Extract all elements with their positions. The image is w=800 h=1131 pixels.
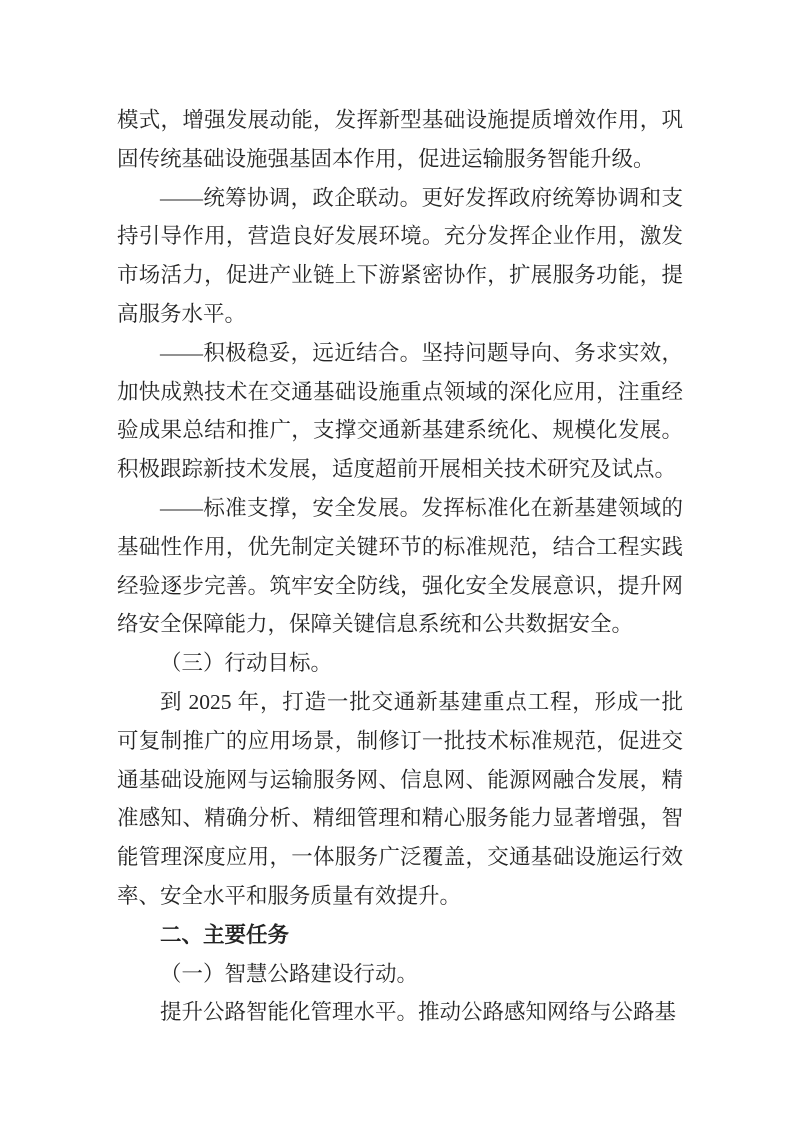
- sub-heading-smart-highway: （一）智慧公路建设行动。: [117, 955, 683, 994]
- paragraph-2025-goals: 到 2025 年，打造一批交通新基建重点工程，形成一批可复制推广的应用场景，制修…: [117, 683, 683, 916]
- paragraph-principle-standards: ——标准支撑，安全发展。发挥标准化在新基建领域的基础性作用，优先制定关键环节的标…: [117, 489, 683, 644]
- task-lead-sentence: 提升公路智能化管理水平。: [160, 1000, 418, 1024]
- task-body-text: 推动公路感知网络与公路基: [418, 1000, 676, 1024]
- paragraph-continuation: 模式，增强发展动能，发挥新型基础设施提质增效作用，巩固传统基础设施强基固本作用，…: [117, 101, 683, 179]
- document-body: 模式，增强发展动能，发挥新型基础设施提质增效作用，巩固传统基础设施强基固本作用，…: [117, 101, 683, 1032]
- document-page: 模式，增强发展动能，发挥新型基础设施提质增效作用，巩固传统基础设施强基固本作用，…: [0, 0, 800, 1131]
- sub-heading-action-goals: （三）行动目标。: [117, 644, 683, 683]
- section-heading-main-tasks: 二、主要任务: [117, 916, 683, 955]
- paragraph-principle-steady: ——积极稳妥，远近结合。坚持问题导向、务求实效，加快成熟技术在交通基础设施重点领…: [117, 334, 683, 489]
- paragraph-principle-coordination: ——统筹协调，政企联动。更好发挥政府统筹协调和支持引导作用，营造良好发展环境。充…: [117, 179, 683, 334]
- paragraph-highway-task: 提升公路智能化管理水平。推动公路感知网络与公路基: [117, 993, 683, 1032]
